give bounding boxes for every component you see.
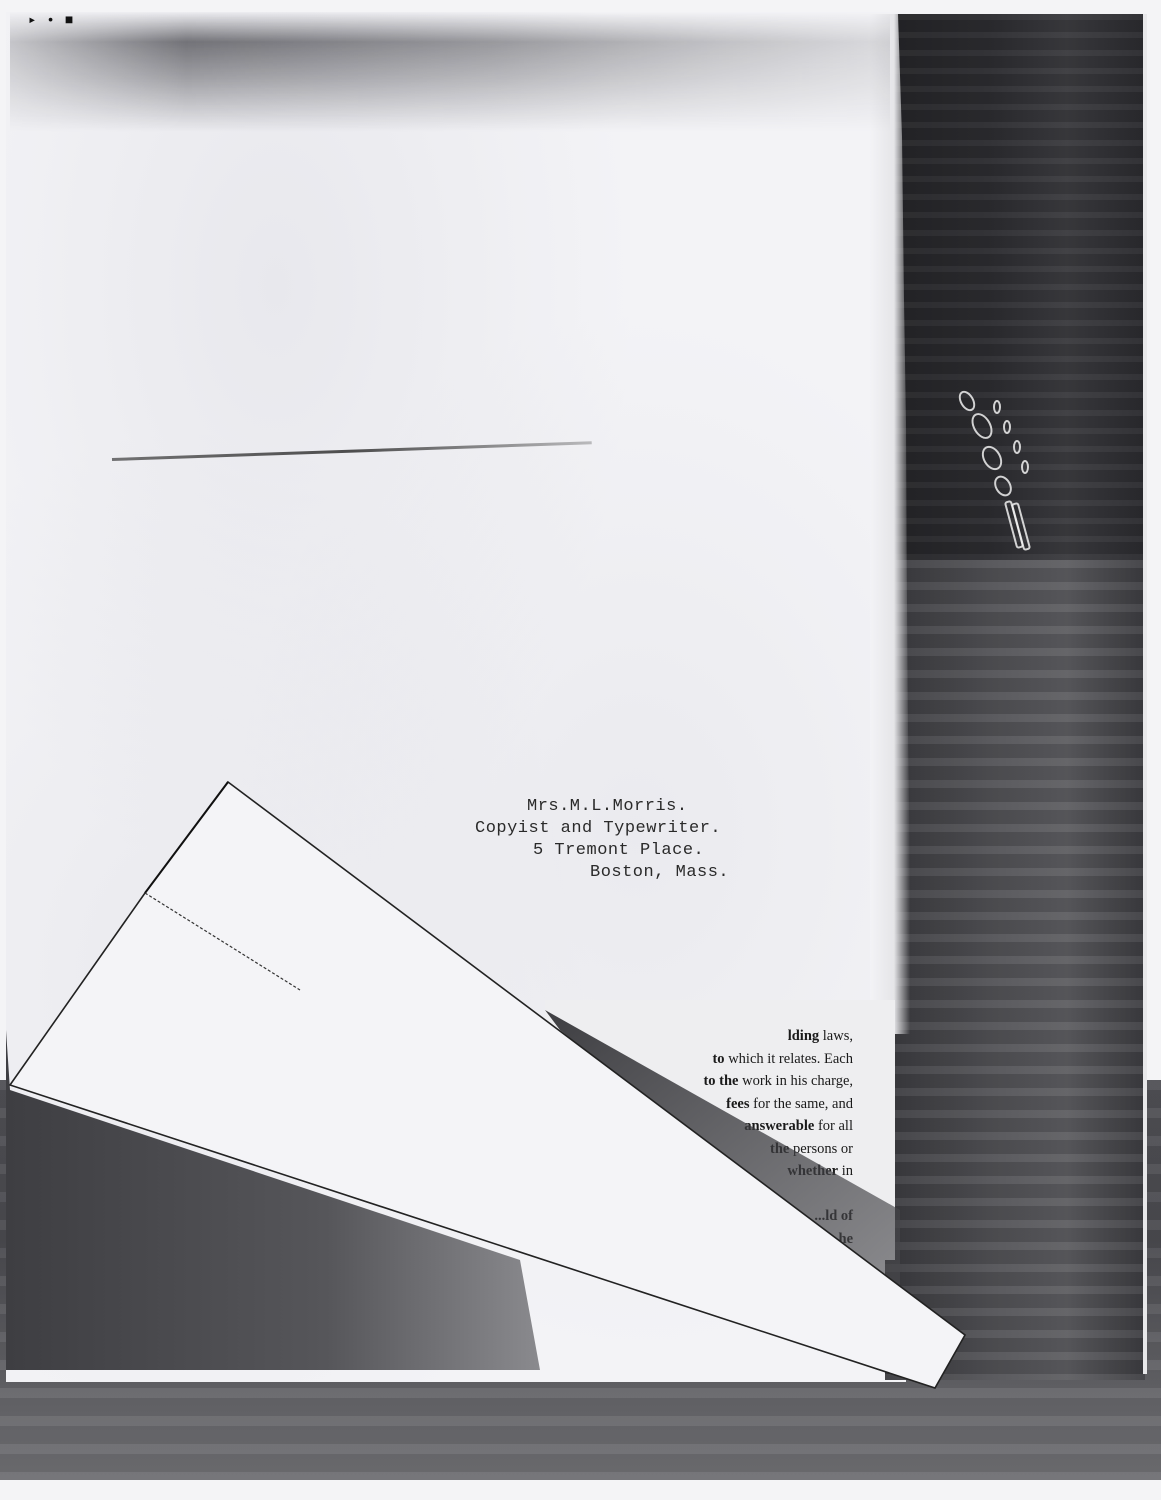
corner-marks: ▸•■ <box>28 12 83 29</box>
typewritten-letterhead: Mrs.M.L.Morris. Copyist and Typewriter. … <box>470 796 729 884</box>
letterhead-name: Mrs.M.L.Morris. <box>470 796 729 818</box>
printed-text-block: lding laws, to which it relates. Each to… <box>703 1025 853 1250</box>
printed-line: lding laws, <box>703 1025 853 1048</box>
letterhead-city: Boston, Mass. <box>470 862 729 884</box>
letterhead-occupation: Copyist and Typewriter. <box>470 818 729 840</box>
scanned-page: ▸•■ lding laws, to which it relates. Eac… <box>0 0 1161 1500</box>
printed-line: ...he <box>703 1228 853 1251</box>
scan-border <box>1143 14 1147 1374</box>
printed-line: whether in <box>703 1160 853 1183</box>
printed-line <box>703 1183 853 1206</box>
scanner-background-right-lower <box>885 560 1145 1380</box>
printed-line: fees for the same, and <box>703 1093 853 1116</box>
printed-line: to the work in his charge, <box>703 1070 853 1093</box>
printed-line: to which it relates. Each <box>703 1048 853 1071</box>
dark-smudge-band <box>10 12 890 132</box>
letterhead-address: 5 Tremont Place. <box>470 840 729 862</box>
printed-line: answerable for all <box>703 1115 853 1138</box>
printed-line: the persons or <box>703 1138 853 1161</box>
underlying-printed-page: lding laws, to which it relates. Each to… <box>545 1000 895 1260</box>
fingerprint-marks <box>955 390 1045 550</box>
printed-line: ...ld of <box>703 1205 853 1228</box>
